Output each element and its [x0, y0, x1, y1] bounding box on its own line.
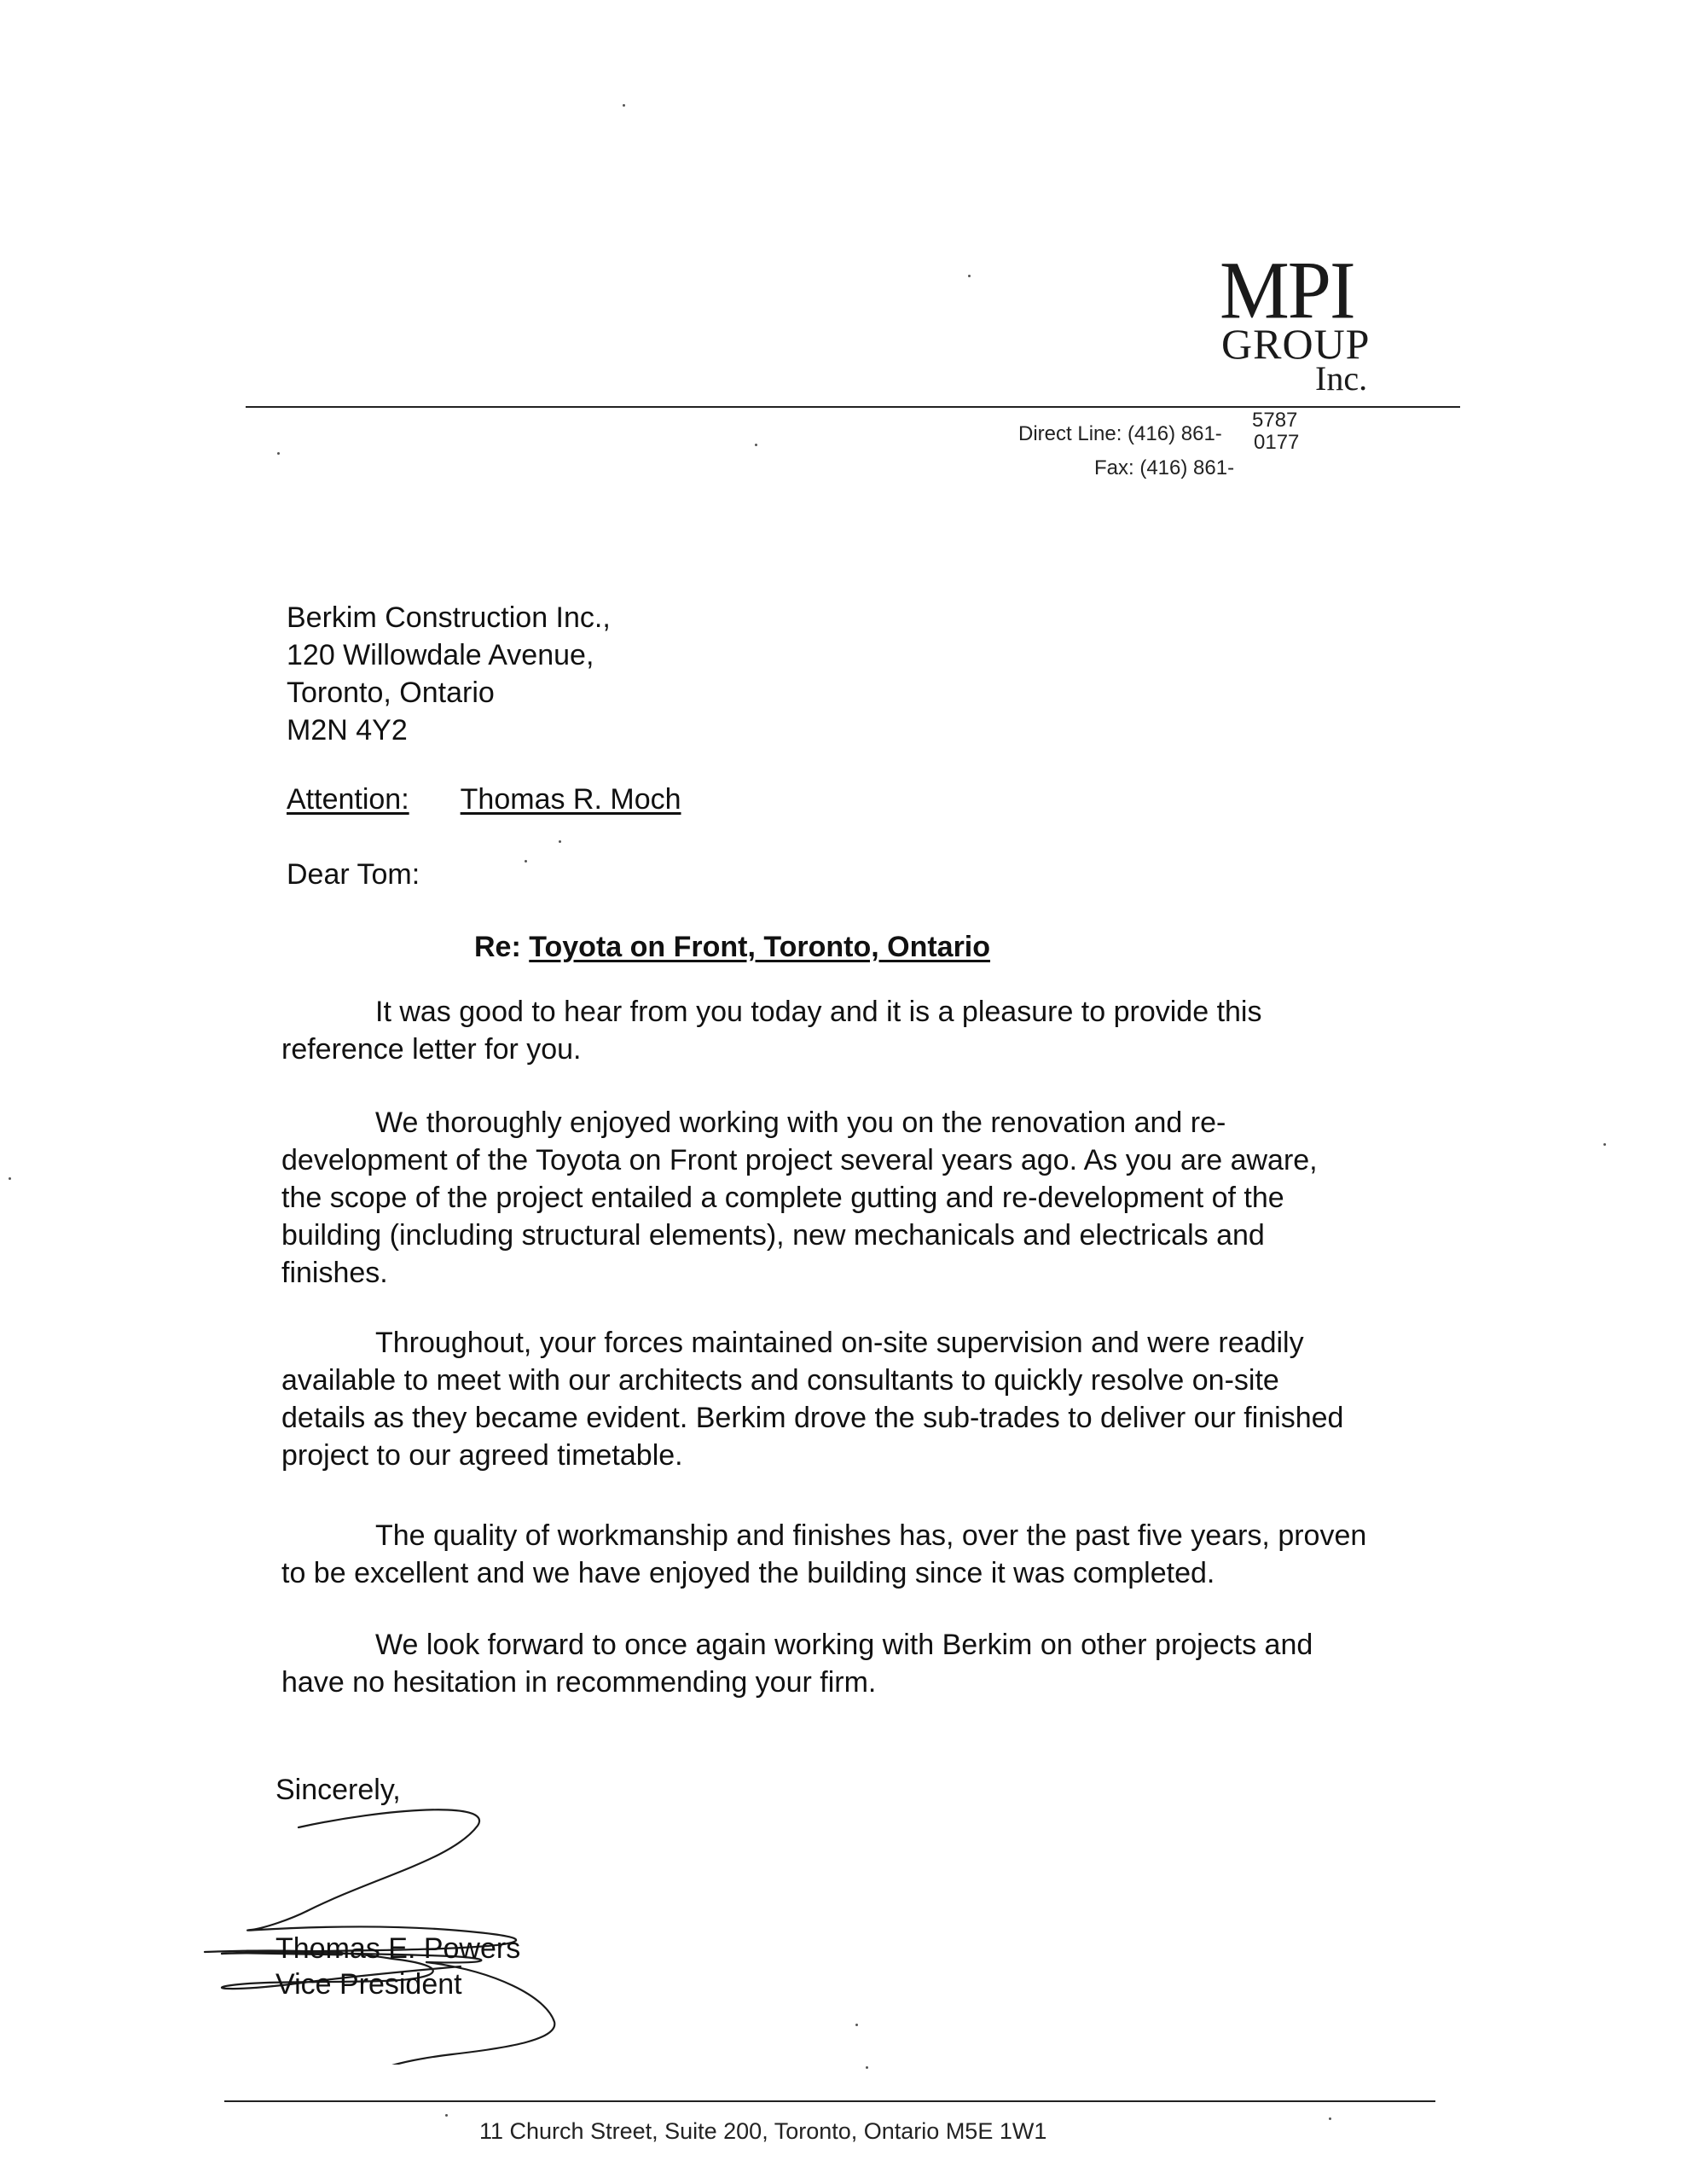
address-line: Berkim Construction Inc., [287, 599, 611, 636]
signer-name: Thomas E. Powers [275, 1930, 520, 1967]
logo-inc-text: Inc. [1315, 362, 1367, 396]
paragraph-line: to be excellent and we have enjoyed the … [281, 1554, 1475, 1592]
scan-speck [559, 840, 561, 843]
body-paragraph-5: We look forward to once again working wi… [281, 1626, 1475, 1701]
salutation: Dear Tom: [287, 856, 420, 893]
direct-line-label: Direct Line: (416) 861- [1018, 424, 1222, 444]
paragraph-line: It was good to hear from you today and i… [281, 993, 1475, 1031]
paragraph-line: finishes. [281, 1254, 1475, 1292]
paragraph-line: development of the Toyota on Front proje… [281, 1141, 1475, 1179]
header-divider [246, 406, 1460, 408]
paragraph-line: available to meet with our architects an… [281, 1362, 1475, 1399]
recipient-address: Berkim Construction Inc., 120 Willowdale… [287, 599, 611, 749]
scan-speck [855, 2024, 858, 2026]
signer-title: Vice President [275, 1966, 462, 2003]
address-line: Toronto, Ontario [287, 674, 611, 712]
scan-speck [1329, 2117, 1331, 2120]
paragraph-line: have no hesitation in recommending your … [281, 1664, 1475, 1701]
paragraph-line: details as they became evident. Berkim d… [281, 1399, 1475, 1437]
paragraph-line: reference letter for you. [281, 1031, 1475, 1068]
paragraph-line: building (including structural elements)… [281, 1217, 1475, 1254]
address-line: M2N 4Y2 [287, 712, 611, 749]
paragraph-line: We look forward to once again working wi… [281, 1626, 1475, 1664]
fax-extension: 0177 [1254, 432, 1299, 454]
scan-speck [9, 1177, 11, 1180]
body-paragraph-1: It was good to hear from you today and i… [281, 993, 1475, 1068]
scan-speck [525, 860, 527, 863]
address-line: 120 Willowdale Avenue, [287, 636, 611, 674]
paragraph-line: Throughout, your forces maintained on-si… [281, 1324, 1475, 1362]
attention-line: Attention:Thomas R. Moch [287, 781, 681, 818]
scan-speck [1603, 1143, 1606, 1146]
subject-line: Re: Toyota on Front, Toronto, Ontario [474, 928, 990, 966]
paragraph-line: project to our agreed timetable. [281, 1437, 1475, 1474]
direct-line-extension: 5787 [1252, 409, 1299, 432]
footer-divider [224, 2100, 1435, 2102]
footer-address: 11 Church Street, Suite 200, Toronto, On… [479, 2120, 1046, 2143]
paragraph-line: the scope of the project entailed a comp… [281, 1179, 1475, 1217]
body-paragraph-2: We thoroughly enjoyed working with you o… [281, 1104, 1475, 1292]
scan-speck [445, 2114, 448, 2117]
scan-speck [623, 104, 625, 107]
fax-label: Fax: (416) 861- [1094, 458, 1234, 479]
handwritten-signature [171, 1783, 563, 2065]
attention-name: Thomas R. Moch [461, 783, 681, 816]
attention-label: Attention: [287, 783, 409, 816]
scan-speck [968, 275, 971, 277]
logo-mark: MPI [1220, 249, 1354, 332]
scan-speck [755, 444, 757, 446]
paragraph-line: We thoroughly enjoyed working with you o… [281, 1104, 1475, 1141]
subject-text: Toyota on Front, Toronto, Ontario [529, 931, 990, 963]
phone-extensions: 5787 0177 [1252, 409, 1299, 454]
paragraph-line: The quality of workmanship and finishes … [281, 1517, 1475, 1554]
subject-prefix: Re: [474, 931, 521, 963]
company-logo: MPI GROUP Inc. [1186, 256, 1467, 401]
body-paragraph-3: Throughout, your forces maintained on-si… [281, 1324, 1475, 1474]
body-paragraph-4: The quality of workmanship and finishes … [281, 1517, 1475, 1592]
scan-speck [277, 452, 280, 455]
scan-speck [866, 2066, 868, 2069]
